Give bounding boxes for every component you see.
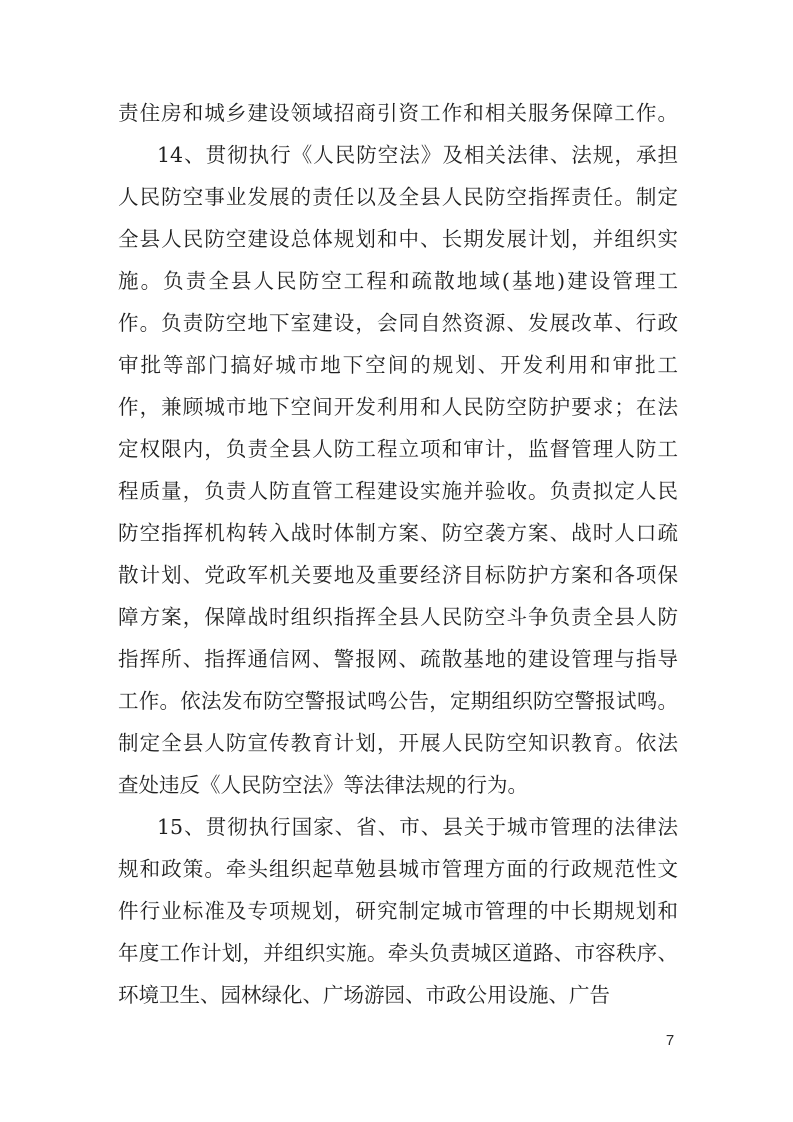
text-line: 责住房和城乡建设领域招商引资工作和相关服务保障工作。 [118,92,678,134]
text-line: 防空指挥机构转入战时体制方案、防空袭方案、战时人口疏 [118,512,678,554]
text-line: 指挥所、指挥通信网、警报网、疏散基地的建设管理与指导 [118,638,678,680]
text-line: 全县人民防空建设总体规划和中、长期发展计划，并组织实 [118,218,678,260]
text-line: 工作。依法发布防空警报试鸣公告，定期组织防空警报试鸣。 [118,680,678,722]
text-line: 件行业标准及专项规划，研究制定城市管理的中长期规划和 [118,890,678,932]
text-line: 定权限内，负责全县人防工程立项和审计，监督管理人防工 [118,428,678,470]
text-line: 作。负责防空地下室建设，会同自然资源、发展改革、行政 [118,302,678,344]
text-line: 审批等部门搞好城市地下空间的规划、开发利用和审批工 [118,344,678,386]
text-line: 15、贯彻执行国家、省、市、县关于城市管理的法律法 [118,806,678,848]
page-number: 7 [655,1030,685,1052]
text-line: 程质量，负责人防直管工程建设实施并验收。负责拟定人民 [118,470,678,512]
text-line: 年度工作计划，并组织实施。牵头负责城区道路、市容秩序、 [118,932,678,974]
text-line: 人民防空事业发展的责任以及全县人民防空指挥责任。制定 [118,176,678,218]
text-line: 作，兼顾城市地下空间开发利用和人民防空防护要求；在法 [118,386,678,428]
text-line: 查处违反《人民防空法》等法律法规的行为。 [118,764,678,806]
document-body: 责住房和城乡建设领域招商引资工作和相关服务保障工作。14、贯彻执行《人民防空法》… [118,92,678,1016]
text-line: 制定全县人防宣传教育计划，开展人民防空知识教育。依法 [118,722,678,764]
text-line: 规和政策。牵头组织起草勉县城市管理方面的行政规范性文 [118,848,678,890]
text-line: 散计划、党政军机关要地及重要经济目标防护方案和各项保 [118,554,678,596]
text-line: 环境卫生、园林绿化、广场游园、市政公用设施、广告 [118,974,678,1016]
text-line: 14、贯彻执行《人民防空法》及相关法律、法规，承担 [118,134,678,176]
text-line: 障方案，保障战时组织指挥全县人民防空斗争负责全县人防 [118,596,678,638]
text-line: 施。负责全县人民防空工程和疏散地域(基地)建设管理工 [118,260,678,302]
document-page: 责住房和城乡建设领域招商引资工作和相关服务保障工作。14、贯彻执行《人民防空法》… [0,0,793,1122]
